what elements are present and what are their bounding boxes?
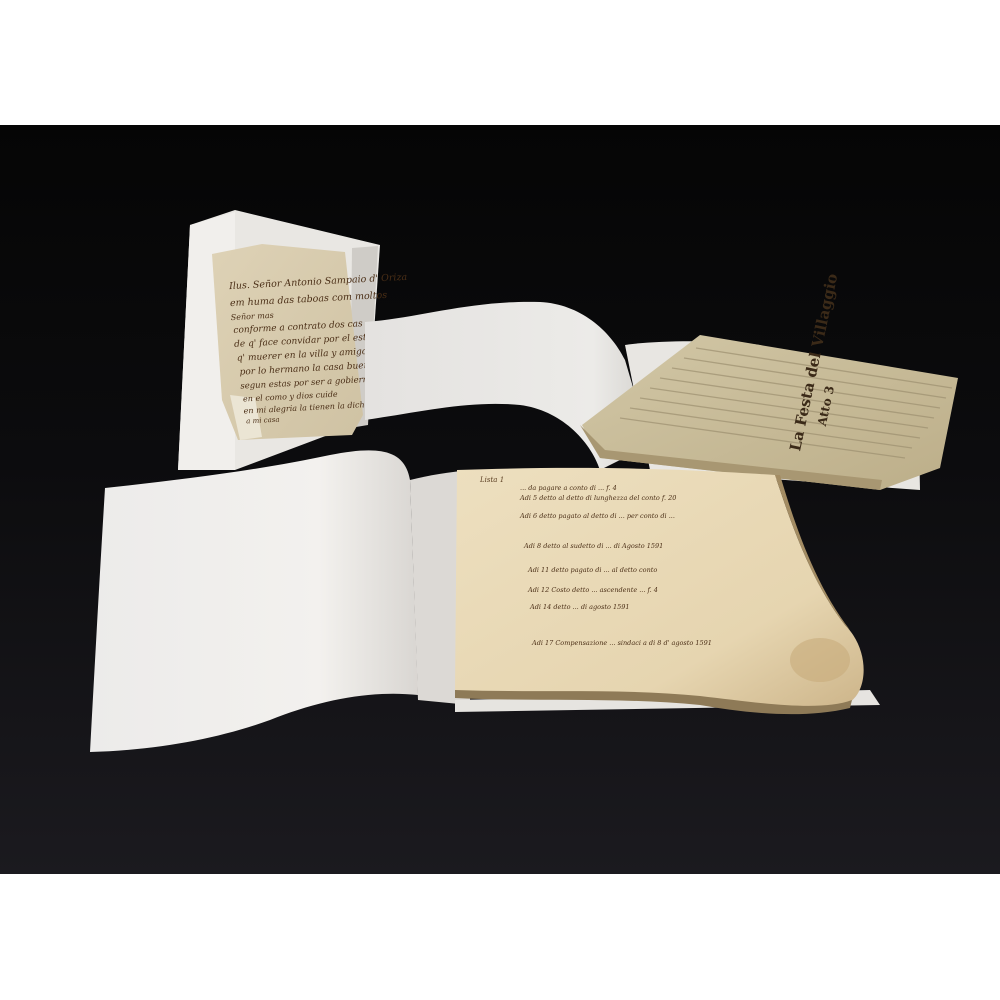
photograph: Ilus. Señor Antonio Sampaio d' Oriza em … bbox=[0, 125, 1000, 874]
svg-text:Adi 17 Compensazione ... sinda: Adi 17 Compensazione ... sindaci a di 8 … bbox=[531, 639, 712, 647]
svg-text:Adi 6 detto pagato al detto di: Adi 6 detto pagato al detto di ... per c… bbox=[519, 512, 675, 520]
svg-text:... da pagare a conto di ... f: ... da pagare a conto di ... f. 4 bbox=[520, 484, 617, 492]
svg-text:Adi 12 Costo detto ... ascende: Adi 12 Costo detto ... ascendente ... f.… bbox=[527, 586, 658, 594]
scene-svg: Ilus. Señor Antonio Sampaio d' Oriza em … bbox=[0, 125, 1000, 874]
svg-text:Adi 11 detto pagato di ... al: Adi 11 detto pagato di ... al detto cont… bbox=[527, 566, 657, 574]
svg-text:Adi 8 detto al sudetto di ...: Adi 8 detto al sudetto di ... di Agosto … bbox=[523, 542, 663, 550]
svg-text:Lista 1: Lista 1 bbox=[479, 476, 504, 484]
svg-text:Adi 5 detto al detto di lunghe: Adi 5 detto al detto di lunghezza del co… bbox=[519, 494, 676, 502]
svg-text:Adi 14 detto ... di agosto 159: Adi 14 detto ... di agosto 1591 bbox=[529, 603, 630, 611]
